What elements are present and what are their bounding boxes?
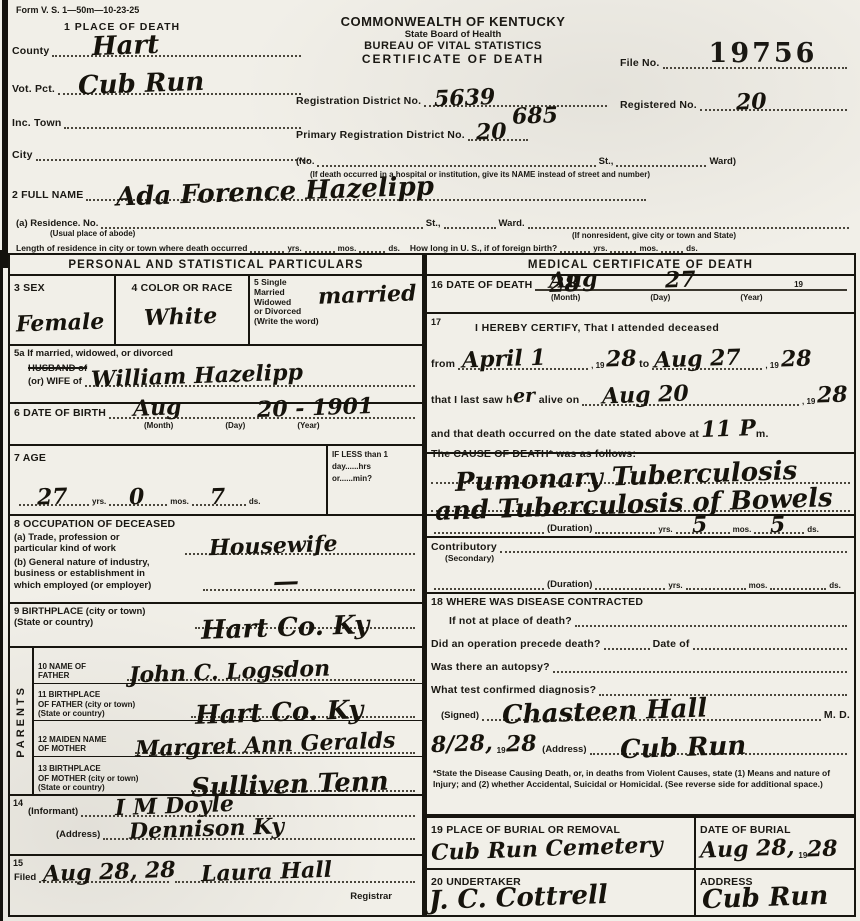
death-certificate-scan: Form V. S. 1—50m—10-23-25 1 PLACE OF DEA… (0, 0, 860, 921)
duration-gap-line (595, 521, 655, 534)
sex-value: Female (16, 310, 105, 335)
certificate-title: CERTIFICATE OF DEATH (286, 52, 620, 66)
contributory-label: Contributory (431, 541, 497, 553)
len-mos: mos. (338, 244, 357, 253)
occupation-b-line2: business or establishment in (14, 568, 200, 579)
mother-bp-line: Sulliven Tenn (191, 779, 415, 792)
dob-row: 6 DATE OF BIRTH Aug 20 - 1901 (Month) (D… (10, 404, 422, 446)
sign-address-value: Cub Run (619, 733, 746, 763)
parents-side-label: PARENTS (15, 685, 27, 758)
dod-day-sub: (Day) (650, 293, 670, 302)
race-cell: 4 COLOR OR RACE White (116, 276, 250, 344)
ifless-line3: or......min? (332, 473, 418, 485)
burial-year-printed: 19 (798, 851, 807, 860)
residence-st-line (444, 216, 496, 229)
inc-town-field: Inc. Town (12, 116, 304, 129)
q18-title: 18 WHERE WAS DISEASE CONTRACTED (431, 596, 850, 608)
informant-address-line: Dennison Ky (103, 827, 415, 840)
hl-yrs: yrs. (593, 244, 607, 253)
primary-district-value: 20 (475, 120, 506, 143)
scan-edge-bar (2, 0, 8, 268)
st-line (616, 154, 706, 167)
undertaker-value: J. C. Cottrell (429, 882, 609, 914)
primary-district-label: Primary Registration District No. (296, 129, 465, 141)
registration-district-value: 5639 (434, 86, 496, 110)
occupation-b-value: — (273, 569, 300, 596)
burial-year-value: 28 (807, 837, 838, 860)
birthplace-label: 9 BIRTHPLACE (city or town) (14, 606, 192, 617)
filed-row: 15 Filed Aug 28, 28 Laura Hall Registrar (10, 856, 422, 915)
duration2-row: (Duration) yrs. mos. ds. (427, 572, 854, 594)
lastsaw-year-printed: , 19 (802, 397, 815, 406)
died-value: 11 P (701, 417, 757, 441)
county-value: Hart (92, 32, 160, 60)
hl-yrs-line (560, 240, 590, 253)
sign-address-line: Cub Run (590, 742, 848, 755)
q18-line2b-fill (693, 637, 847, 650)
main-columns: PERSONAL AND STATISTICAL PARTICULARS 3 S… (8, 253, 856, 917)
mother-bp-label3: (State or country) (38, 783, 188, 792)
q18-line2-fill (604, 637, 650, 650)
q18-line1-label: If not at place of death? (449, 615, 572, 627)
spouse-value: William Hazelipp (91, 361, 304, 390)
voting-precinct-line: Cub Run (58, 82, 301, 95)
contributory-sub: (Secondary) (445, 553, 850, 563)
father-name-line: John C. Logsdon (127, 668, 415, 681)
lastsaw-label: that I last saw h (431, 394, 513, 406)
q18-line3-fill (553, 660, 847, 673)
cause-line2-rule: and Tuberculosis of Bowels (431, 484, 850, 512)
duration-yrs-label: yrs. (658, 525, 672, 534)
occupation-b-line1: (b) General nature of industry, (14, 557, 200, 568)
disease-contracted-block: 18 WHERE WAS DISEASE CONTRACTED If not a… (427, 594, 854, 706)
registration-district-field: Registration District No. 5639 685 (296, 94, 610, 107)
duration2-ds-line (770, 577, 826, 590)
marital-line5: (Write the word) (254, 317, 418, 327)
informant-number: 14 (13, 798, 23, 808)
age-ds-value: 7 (210, 486, 226, 509)
informant-row: 14 (Informant) I M Doyle (Address) Denni… (10, 796, 422, 856)
inc-town-line (64, 116, 301, 129)
duration-row: (Duration) yrs. 5 mos. 5 ds. (427, 516, 854, 538)
certify-from-year: 28 (606, 347, 637, 370)
form-number: Form V. S. 1—50m—10-23-25 (16, 5, 139, 15)
certify-to-label: to (639, 358, 649, 370)
medical-column: MEDICAL CERTIFICATE OF DEATH 16 DATE OF … (424, 253, 856, 917)
dob-label: 6 DATE OF BIRTH (14, 407, 106, 419)
age-ds-label: ds. (249, 497, 261, 506)
file-no-value: 19756 (709, 38, 818, 69)
father-bp-label1: 11 BIRTHPLACE (38, 690, 188, 699)
age-ds-line: 7 (192, 493, 246, 506)
certify-to-line: Aug 27 (652, 357, 762, 370)
signed-block: (Signed) Chasteen Hall M. D. 8/28, 19 28… (427, 706, 854, 764)
filed-date-value: Aug 28, 28 (43, 859, 176, 886)
dod-label: 16 DATE OF DEATH (431, 279, 532, 291)
sex-label: 3 SEX (14, 282, 45, 294)
father-name-row: 10 NAME OF FATHER John C. Logsdon (34, 648, 422, 684)
residence-ward-label: Ward. (499, 218, 525, 229)
registered-no-line: 20 (700, 98, 847, 111)
voting-precinct-value: Cub Run (78, 69, 205, 99)
spouse-label: 5a If married, widowed, or divorced (14, 348, 418, 359)
occupation-a-line1: (a) Trade, profession or (14, 532, 182, 543)
age-mos-value: 0 (129, 486, 145, 509)
filed-registrar-line: Laura Hall (175, 870, 415, 883)
burial-date-value: Aug 28, (700, 836, 795, 861)
bureau-subtitle: BUREAU OF VITAL STATISTICS (286, 40, 620, 52)
ward-label: Ward) (709, 156, 736, 167)
board-subtitle: State Board of Health (286, 29, 620, 40)
sign-year-value: 28 (505, 732, 536, 755)
full-name-value: Ada Forence Hazelipp (116, 173, 435, 210)
certify-from-line: April 1 (458, 357, 588, 370)
residence-label: (a) Residence. No. (16, 218, 98, 229)
st-label: St., (599, 156, 614, 167)
full-name-field: 2 FULL NAME Ada Forence Hazelipp (12, 188, 852, 201)
len-yrs-line (250, 240, 284, 253)
father-name-label2: FATHER (38, 671, 124, 680)
dob-dayyear-value: 20 - 1901 (257, 395, 374, 421)
length-residence-label: Length of residence in city or town wher… (16, 243, 247, 253)
filed-date-line: Aug 28, 28 (39, 870, 169, 883)
certify-from-label: from (431, 358, 455, 370)
duration2-lead-line (434, 577, 544, 590)
occupation-row: 8 OCCUPATION OF DECEASED (a) Trade, prof… (10, 516, 422, 604)
len-ds-line (359, 240, 385, 253)
duration2-mos-label: mos. (749, 581, 768, 590)
city-line (36, 148, 309, 161)
residence-ward-line (528, 216, 849, 229)
occupation-a-line2: particular kind of work (14, 543, 182, 554)
ifless-line1: IF LESS than 1 (332, 449, 418, 461)
residence-line (101, 216, 422, 229)
residence-st-label: St., (426, 218, 441, 229)
city-label: City (12, 149, 33, 161)
contributory-line (500, 540, 847, 553)
footnote: *State the Disease Causing Death, or, in… (427, 764, 854, 816)
cause-lines: Pumonary Tuberculosis and Tuberculosis o… (427, 454, 854, 516)
certify-to-value: Aug 27 (654, 346, 741, 371)
duration-ds-line: 5 (754, 521, 804, 534)
duration-mos-value: 5 (691, 514, 707, 537)
duration2-label: (Duration) (547, 579, 592, 590)
age-mos-line: 0 (109, 493, 167, 506)
street-number-field: (No. St., Ward) (296, 154, 736, 167)
filed-label: Filed (14, 872, 36, 883)
howlong-label: How long in U. S., if of foreign birth? (410, 243, 557, 253)
informant-address-value: Dennison Ky (129, 815, 285, 842)
registration-district-line: 5639 685 (424, 94, 607, 107)
race-label: 4 COLOR OR RACE (131, 282, 232, 294)
filed-registrar-value: Laura Hall (201, 859, 333, 886)
duration-mos-line: 5 (676, 521, 730, 534)
father-bp-label3: (State or country) (38, 709, 188, 718)
dob-day-sub: (Day) (225, 421, 245, 430)
ifless-line2: day......hrs (332, 461, 418, 473)
residence-field: (a) Residence. No. St., Ward. (16, 216, 852, 229)
q18-line2b-label: Date of (653, 638, 690, 650)
father-birthplace-row: 11 BIRTHPLACE OF FATHER (city or town) (… (34, 684, 422, 721)
lastsaw-year: 28 (817, 383, 848, 406)
file-no-line: 19756 (663, 56, 847, 69)
q18-line2a-label: Did an operation precede death? (431, 638, 601, 650)
duration-lead-line (434, 521, 544, 534)
file-no-label: File No. (620, 57, 660, 69)
spouse-line: William Hazelipp (85, 374, 415, 387)
duration-ds-label: ds. (807, 525, 819, 534)
duration-ds-value: 5 (770, 514, 786, 537)
dob-line: Aug 20 - 1901 (109, 406, 415, 419)
spouse-husband-label: HUSBAND of (28, 363, 87, 374)
q18-line1-fill (575, 614, 847, 627)
burial-value: Cub Run Cemetery (431, 834, 663, 864)
q18-line4-fill (599, 683, 847, 696)
registered-no-field: Registered No. 20 (620, 98, 850, 111)
scan-edge-bar-2 (0, 250, 3, 921)
father-name-label1: 10 NAME OF (38, 662, 124, 671)
birthplace-value: Hart Co. Ky (201, 612, 370, 644)
duration2-gap-line (595, 577, 665, 590)
filed-number: 15 (13, 858, 23, 868)
father-name-value: John C. Logsdon (129, 657, 331, 686)
sex-cell: 3 SEX Female (10, 276, 116, 344)
registered-no-value: 20 (736, 90, 767, 113)
signed-value: Chasteen Hall (502, 695, 708, 728)
certify-block: 17 I HEREBY CERTIFY, That I attended dec… (427, 314, 854, 454)
primary-district-field: Primary Registration District No. 20 (296, 128, 610, 141)
abode-note: (Usual place of abode) (50, 229, 135, 238)
burial-row: 19 PLACE OF BURIAL OR REMOVAL Cub Run Ce… (427, 816, 854, 870)
registration-district-extra: 685 (512, 104, 559, 128)
mother-bp-label1: 13 BIRTHPLACE (38, 764, 188, 773)
birthplace-line: Hart Co. Ky (195, 616, 415, 629)
len-ds: ds. (388, 244, 400, 253)
informant-address-label: (Address) (56, 829, 100, 840)
signed-md-label: M. D. (824, 709, 850, 721)
age-row: 7 AGE 27 yrs. 0 mos. 7 ds. IF LESS than … (10, 446, 422, 516)
duration-mos-label: mos. (733, 525, 752, 534)
occupation-b-line: — (203, 578, 415, 591)
cause-line1-rule: Pumonary Tuberculosis (431, 454, 850, 484)
signed-label: (Signed) (441, 710, 479, 721)
dod-line: Aug 27 19 28 (535, 278, 847, 291)
signed-line: Chasteen Hall (482, 708, 821, 721)
age-label: 7 AGE (14, 452, 46, 464)
race-value: White (144, 305, 218, 330)
certify-from-value: April 1 (462, 347, 546, 372)
q18-line3-label: Was there an autopsy? (431, 661, 550, 673)
age-yrs-label: yrs. (92, 497, 106, 506)
full-name-label: 2 FULL NAME (12, 189, 83, 201)
file-no-field: File No. 19756 (620, 56, 850, 69)
registration-district-label: Registration District No. (296, 95, 421, 107)
hl-mos-line (610, 240, 636, 253)
q18-line4-label: What test confirmed diagnosis? (431, 684, 596, 696)
informant-label: (Informant) (28, 806, 78, 817)
mother-name-value: Margret Ann Geralds (135, 729, 396, 760)
birthplace-sub: (State or country) (14, 617, 192, 628)
personal-title: PERSONAL AND STATISTICAL PARTICULARS (10, 255, 422, 276)
dob-month-sub: (Month) (144, 421, 173, 430)
len-yrs: yrs. (287, 244, 301, 253)
length-residence-field: Length of residence in city or town wher… (16, 240, 852, 253)
mother-name-line: Margret Ann Geralds (135, 741, 415, 754)
county-field: County Hart (12, 44, 304, 57)
duration-label: (Duration) (547, 523, 592, 534)
county-label: County (12, 45, 49, 57)
mother-bp-label2: OF MOTHER (city or town) (38, 774, 188, 783)
commonwealth-title: COMMONWEALTH OF KENTUCKY (286, 14, 620, 29)
personal-column: PERSONAL AND STATISTICAL PARTICULARS 3 S… (8, 253, 424, 917)
certify-number: 17 (431, 317, 441, 327)
registrar-label: Registrar (350, 891, 392, 902)
spouse-wife-label: (or) WIFE of (28, 376, 82, 387)
age-yrs-value: 27 (37, 485, 68, 508)
certify-to-year: 28 (780, 347, 811, 370)
occupation-a-line: Housewife (185, 542, 415, 555)
sign-address-label: (Address) (542, 744, 586, 755)
duration2-ds-label: ds. (829, 581, 841, 590)
dob-year-sub: (Year) (297, 421, 319, 430)
occupation-b-line3: which employed (or employer) (14, 580, 200, 591)
registered-no-label: Registered No. (620, 99, 697, 111)
date-of-death-row: 16 DATE OF DEATH Aug 27 19 28 (Month) (D… (427, 276, 854, 314)
parents-block: PARENTS 10 NAME OF FATHER John C. Logsdo… (10, 648, 422, 796)
sex-race-marital-row: 3 SEX Female 4 COLOR OR RACE White 5 Sin… (10, 276, 422, 346)
mother-name-label2: OF MOTHER (38, 744, 132, 753)
occupation-a-value: Housewife (209, 533, 338, 559)
undertaker-row: 20 UNDERTAKER J. C. Cottrell ADDRESS Cub… (427, 870, 854, 915)
ifless-box: IF LESS than 1 day......hrs or......min? (326, 446, 422, 514)
age-mos-label: mos. (170, 497, 189, 506)
sign-date-value: 8/28, (431, 732, 493, 756)
voting-precinct-label: Vot. Pct. (12, 83, 55, 95)
sign-year-printed: 19 (497, 746, 506, 755)
certify-text: I HEREBY CERTIFY, That I attended deceas… (475, 322, 850, 334)
nonresident-note: (If nonresident, give city or town and S… (572, 231, 736, 240)
voting-precinct-field: Vot. Pct. Cub Run (12, 82, 304, 95)
lastsaw-line: Aug 20 (582, 393, 799, 406)
hl-mos: mos. (639, 244, 658, 253)
certify-from-year-printed: , 19 (591, 361, 604, 370)
certify-to-year-printed: , 19 (765, 361, 778, 370)
len-mos-line (305, 240, 335, 253)
lastsaw-label2: alive on (539, 394, 580, 406)
father-bp-value: Hart Co. Ky (195, 697, 364, 729)
occupation-label: 8 OCCUPATION OF DECEASED (14, 518, 418, 530)
died-label: and that death occurred on the date stat… (431, 428, 699, 440)
inc-town-label: Inc. Town (12, 117, 61, 129)
contributory-row: Contributory (Secondary) (427, 538, 854, 572)
duration2-yrs-label: yrs. (668, 581, 682, 590)
lastsaw-value: Aug 20 (602, 382, 689, 407)
died-m-label: m. (756, 428, 769, 440)
marital-value: married (318, 282, 417, 307)
duration2-mos-line (686, 577, 746, 590)
hl-ds-line (661, 240, 683, 253)
full-name-line: Ada Forence Hazelipp (86, 188, 646, 201)
mother-birthplace-row: 13 BIRTHPLACE OF MOTHER (city or town) (… (34, 757, 422, 794)
father-bp-label2: OF FATHER (city or town) (38, 700, 188, 709)
city-field: City (12, 148, 312, 161)
county-line: Hart (52, 44, 301, 57)
parents-side-label-box: PARENTS (10, 648, 34, 794)
no-label: (No. (296, 156, 314, 167)
lastsaw-er: er (512, 387, 535, 407)
hl-ds: ds. (686, 244, 698, 253)
marital-cell: 5 Single Married Widowed or Divorced (Wr… (250, 276, 422, 344)
undertaker-address-value: Cub Run (702, 883, 829, 913)
primary-district-line: 20 (468, 128, 528, 141)
dod-year-sub: (Year) (740, 293, 762, 302)
header-block: COMMONWEALTH OF KENTUCKY State Board of … (286, 14, 620, 66)
dob-month-value: Aug (133, 396, 182, 420)
age-yrs-line: 27 (19, 493, 89, 506)
no-line (317, 154, 595, 167)
mother-name-label1: 12 MAIDEN NAME (38, 735, 132, 744)
father-bp-line: Hart Co. Ky (191, 705, 415, 718)
birthplace-row: 9 BIRTHPLACE (city or town) (State or co… (10, 604, 422, 648)
